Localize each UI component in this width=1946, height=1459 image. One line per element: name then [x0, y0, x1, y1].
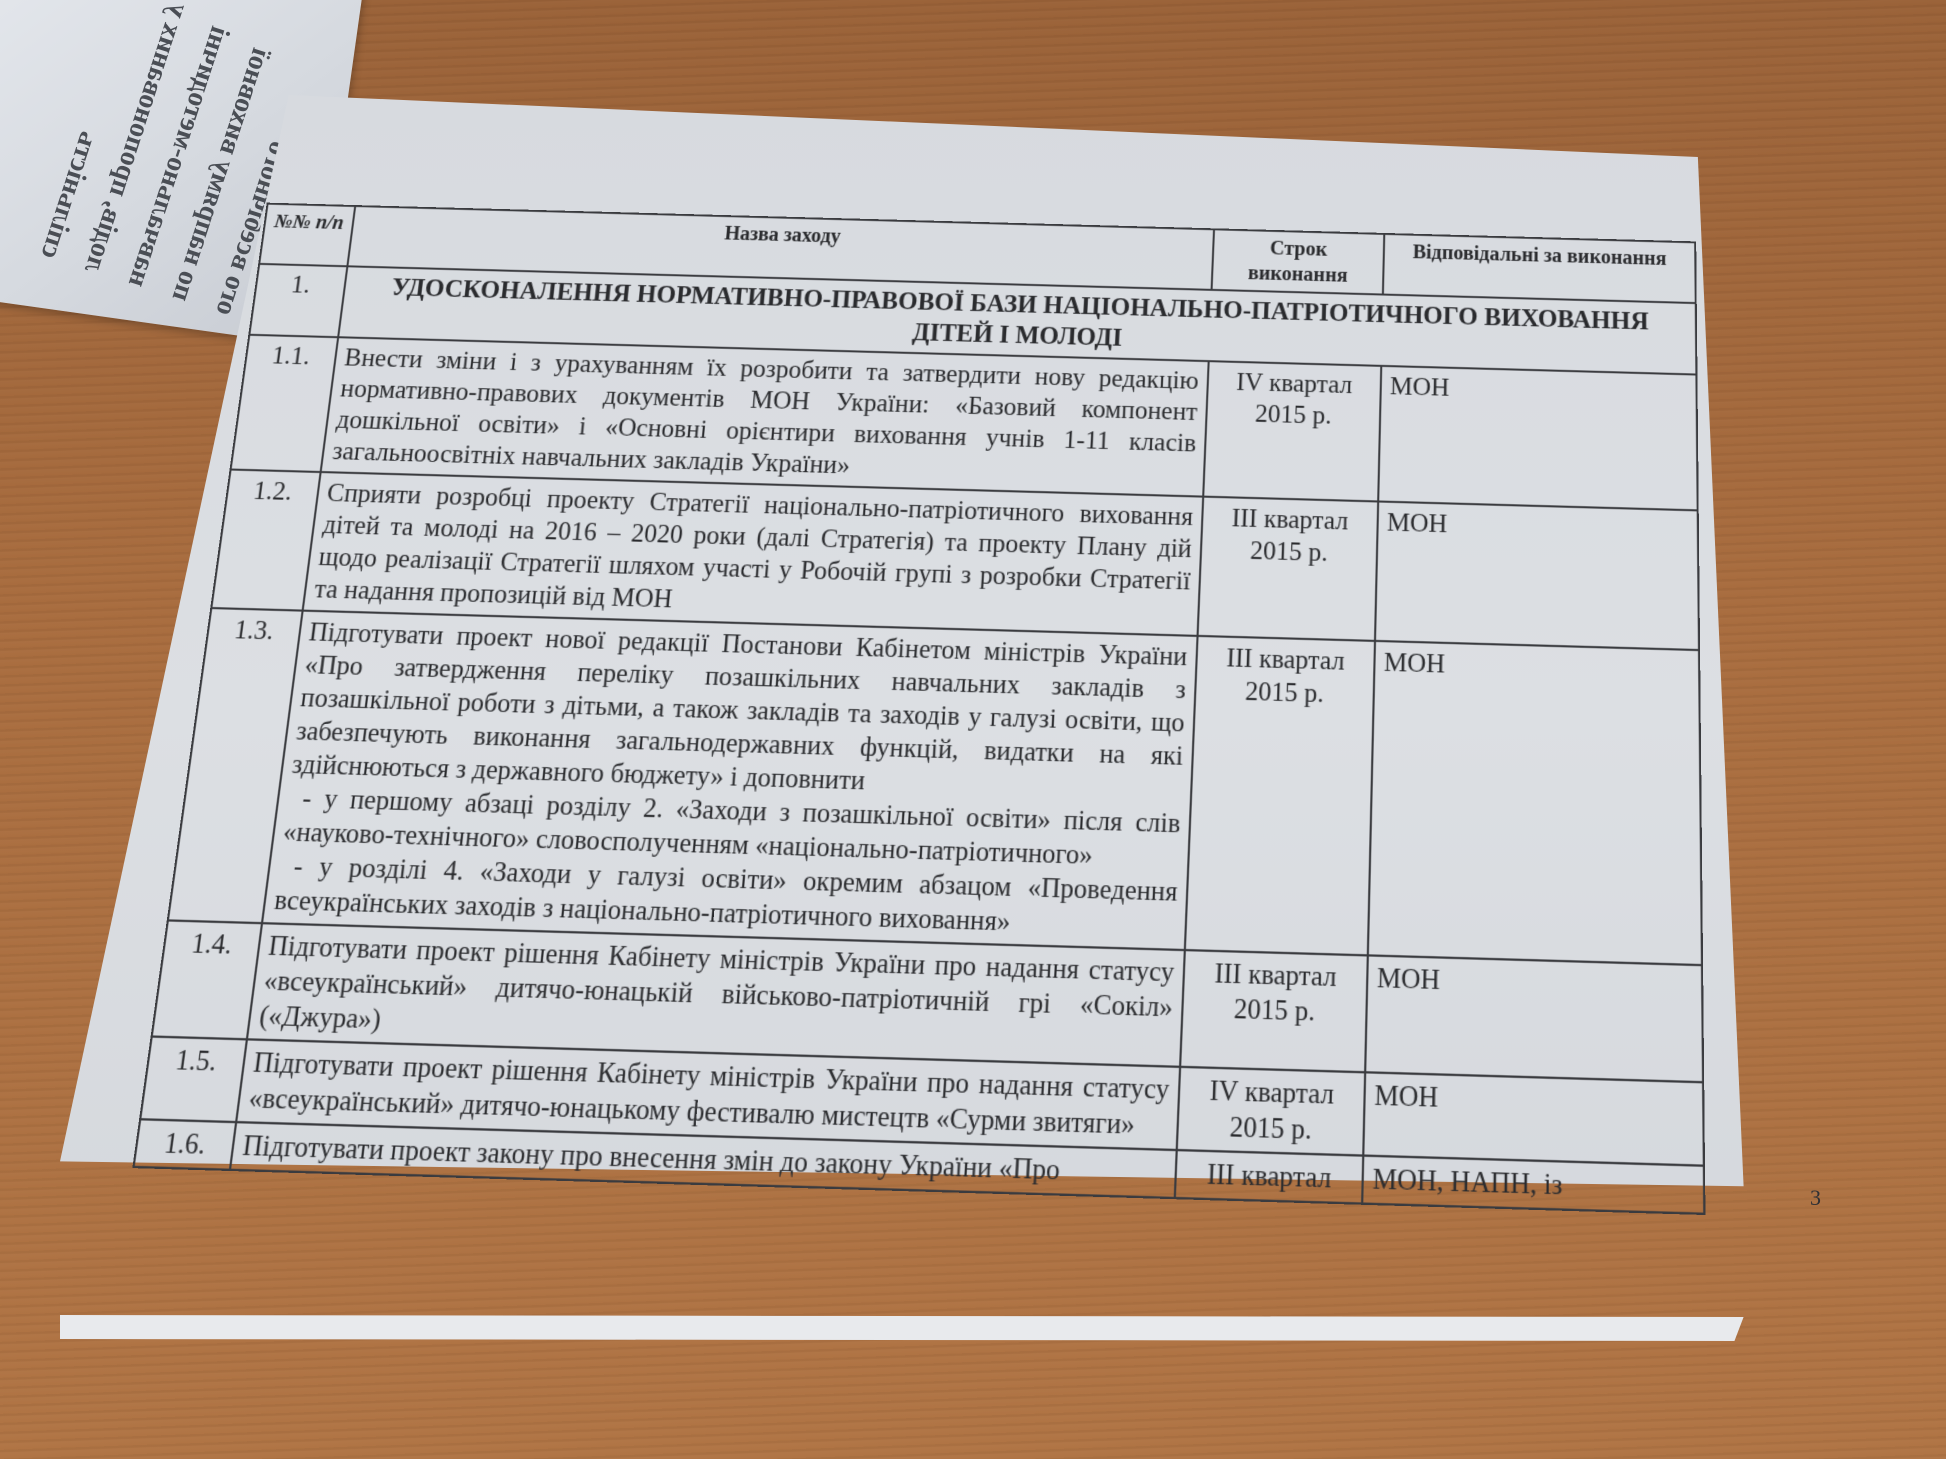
document-content: №№ п/п Назва заходу Строк виконання Відп… [132, 203, 1705, 1215]
row-num: 1.1. [231, 335, 339, 472]
page-number: 3 [1810, 1185, 1821, 1211]
row-term: IV квартал 2015 р. [1203, 361, 1381, 501]
row-responsible: МОН, НАПН, із [1362, 1156, 1704, 1214]
row-name: Сприяти розробці проекту Стратегії націо… [303, 472, 1204, 636]
row-num: 1.2. [211, 470, 320, 611]
row-responsible: МОН [1368, 641, 1702, 965]
row-term: III квартал [1175, 1150, 1363, 1204]
row-name-main: Підготувати проект нової редакції Постан… [290, 616, 1188, 807]
table-row: 1.3. Підготувати проект нової редакції П… [168, 608, 1702, 965]
row-responsible: МОН [1375, 501, 1699, 650]
header-term: Строк виконання [1212, 229, 1385, 294]
row-term: III квартал 2015 р. [1185, 636, 1375, 955]
row-name: Підготувати проект нової редакції Постан… [262, 611, 1198, 950]
section-num: 1. [249, 264, 347, 337]
row-term: III квартал 2015 р. [1180, 950, 1368, 1072]
action-plan-table: №№ п/п Назва заходу Строк виконання Відп… [132, 203, 1705, 1215]
header-num: №№ п/п [259, 204, 355, 267]
row-num: 1.6. [134, 1119, 237, 1170]
row-term: IV квартал 2015 р. [1177, 1067, 1365, 1156]
header-responsible: Відповідальні за виконання [1383, 234, 1696, 303]
row-name: Внести зміни і з урахуванням їх розробит… [321, 337, 1209, 496]
row-num: 1.5. [140, 1037, 247, 1123]
row-term: III квартал 2015 р. [1198, 497, 1379, 641]
row-responsible: МОН [1363, 1072, 1704, 1165]
row-num: 1.4. [152, 920, 262, 1039]
row-responsible: МОН [1378, 366, 1698, 511]
row-responsible: МОН [1365, 955, 1703, 1082]
